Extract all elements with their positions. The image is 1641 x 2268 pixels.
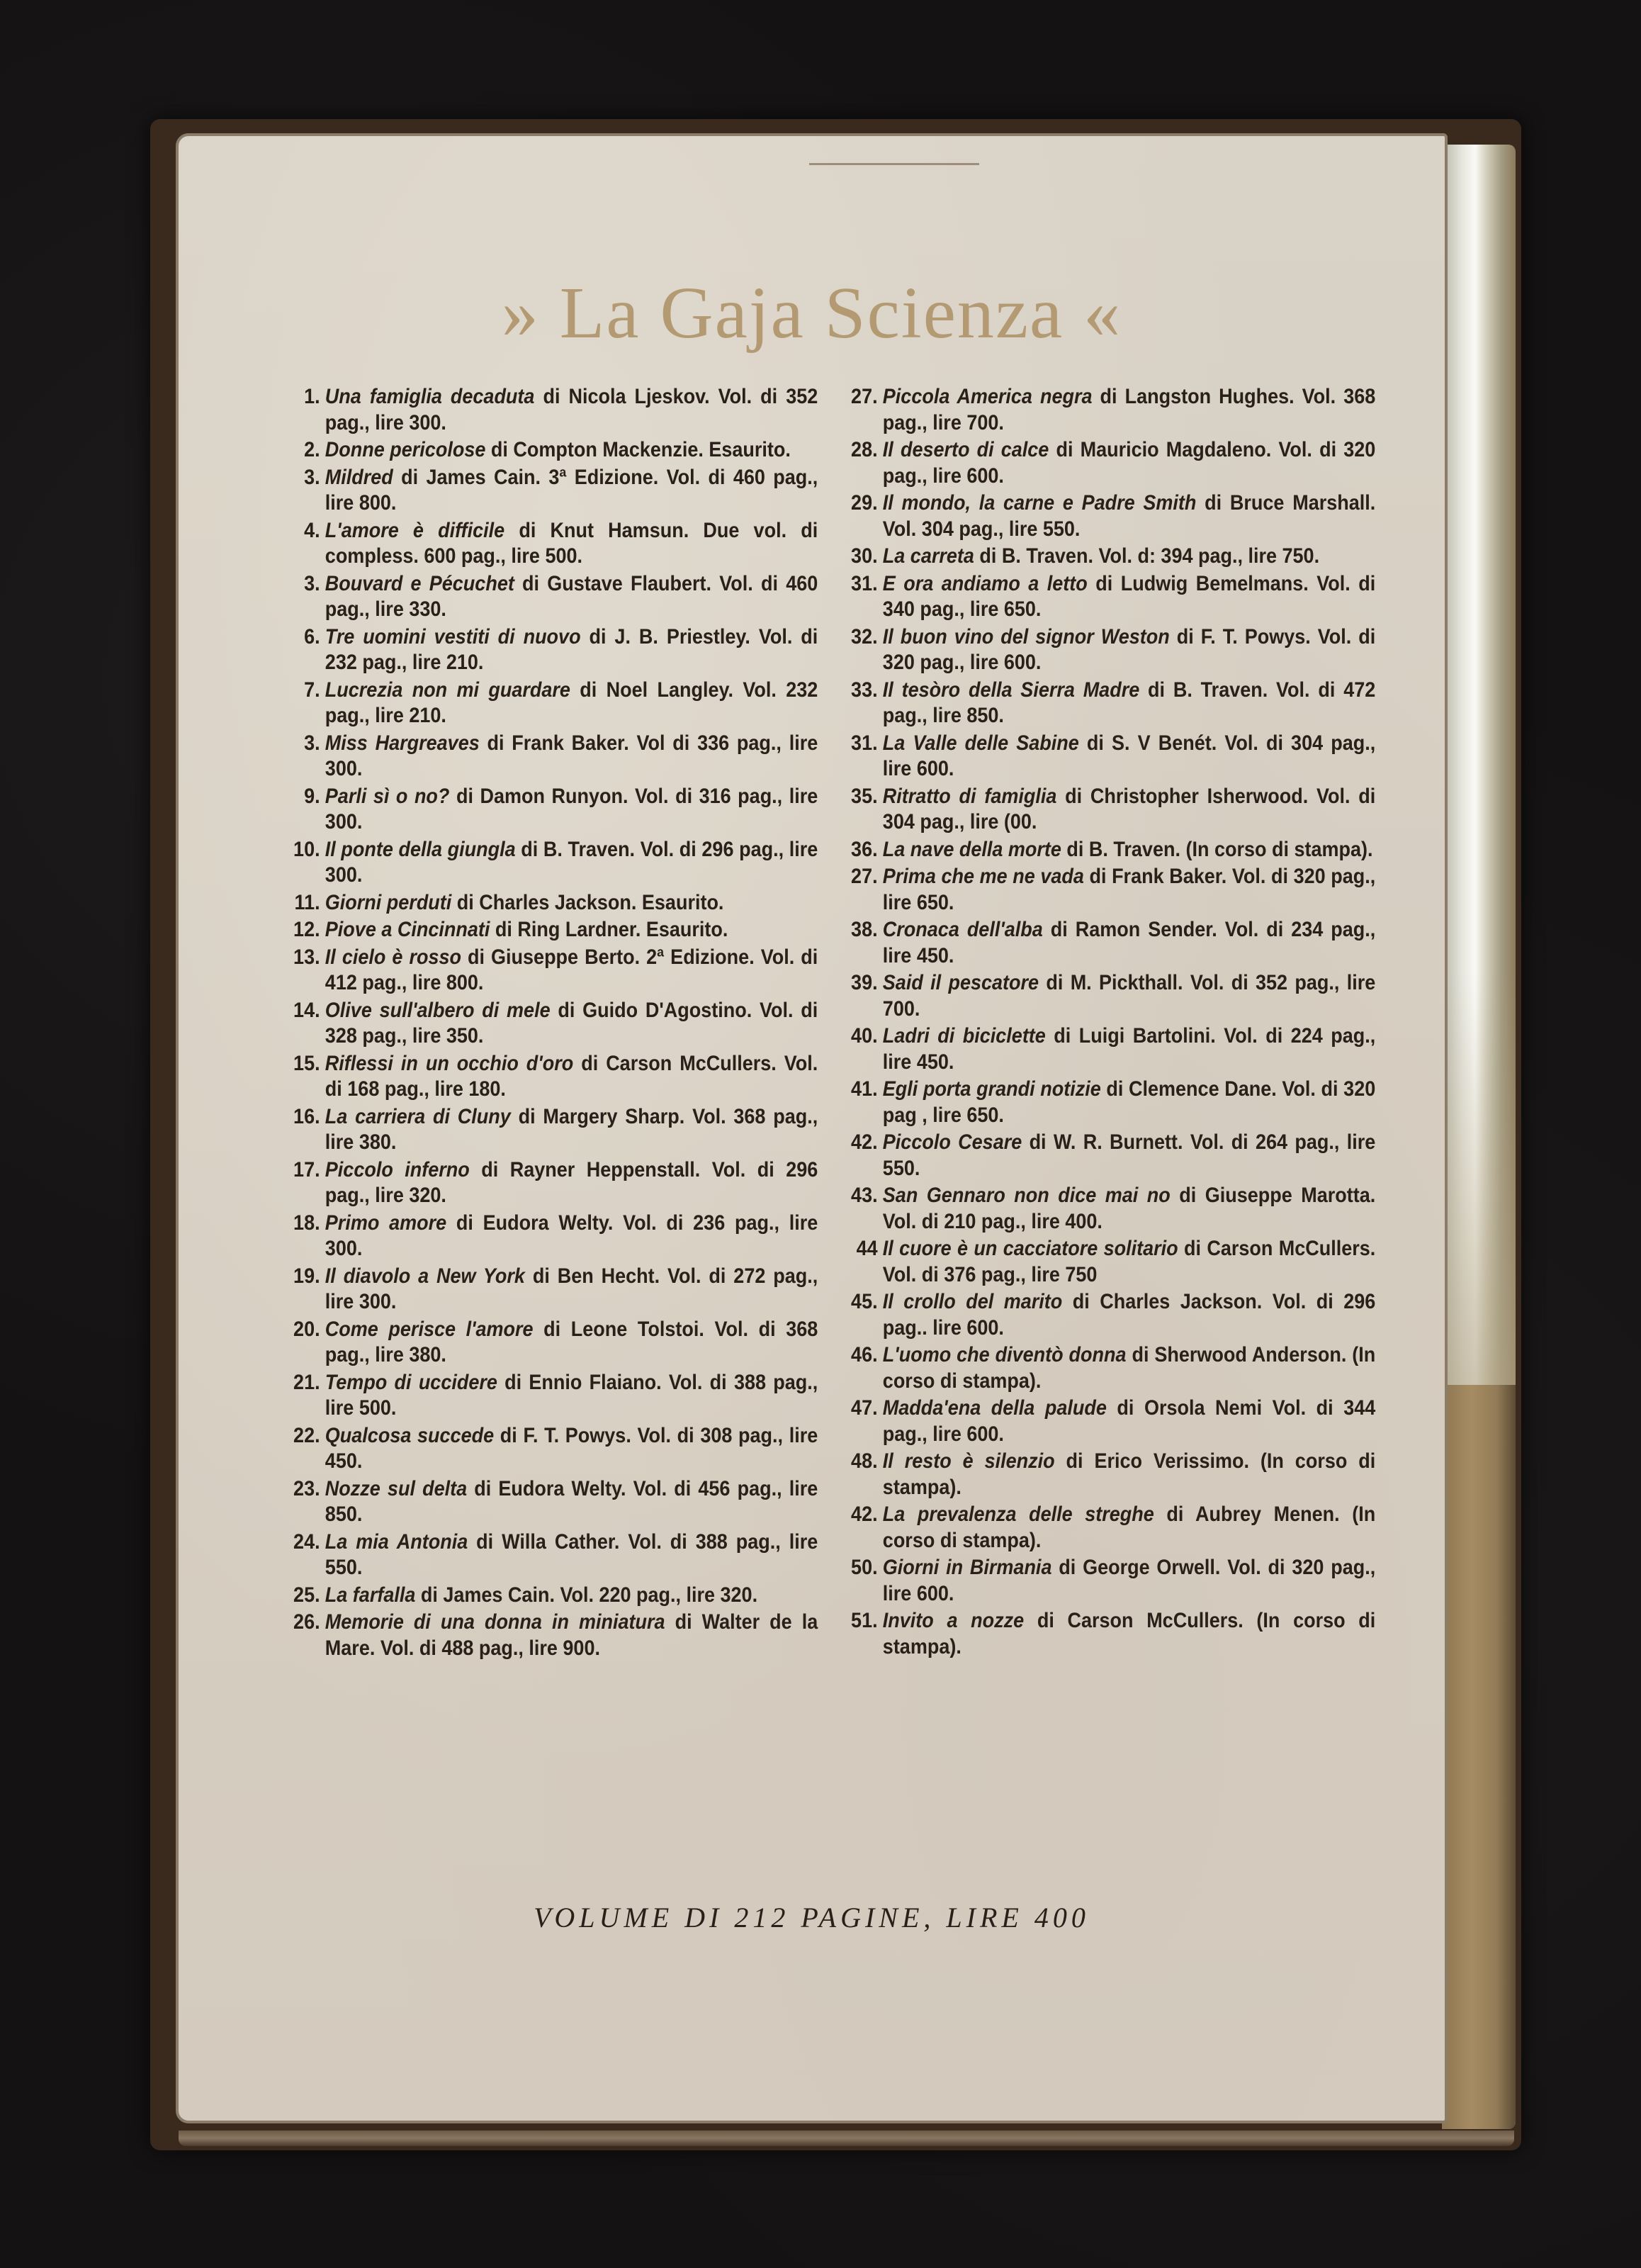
entry-text: La nave della morte di B. Traven. (In co… [883,837,1375,863]
book-details: di James Cain. Vol. 220 pag., lire 320. [415,1583,757,1607]
book-title: Il resto è silenzio [883,1449,1055,1473]
entry-number: 3. [292,465,325,517]
entry-number: 41. [850,1077,883,1128]
book-title: Nozze sul delta [325,1477,467,1500]
catalog-left-column: 1.Una famiglia decaduta di Nicola Ljesko… [292,384,818,1663]
entry-text: Il tesòro della Sierra Madre di B. Trave… [883,678,1375,729]
entry-text: Parli sì o no? di Damon Runyon. Vol. di … [325,784,818,836]
book-title: Ritratto di famiglia [883,785,1057,808]
book-title: Il deserto di calce [883,438,1049,461]
book-title: Egli porta grandi notizie [883,1077,1101,1101]
book-title: Donne pericolose [325,438,486,461]
catalog-entry: 13.Il cielo è rosso di Giuseppe Berto. 2… [292,945,818,997]
entry-number: 10. [292,837,325,889]
catalog-entry: 3.Miss Hargreaves di Frank Baker. Vol di… [292,731,818,782]
entry-number: 46. [850,1342,883,1394]
book-title: Giorni perduti [325,891,451,914]
entry-text: Come perisce l'amore di Leone Tolstoi. V… [325,1317,818,1369]
entry-number: 27. [850,384,883,436]
catalog-entry: 27.Prima che me ne vada di Frank Baker. … [850,864,1375,916]
book-details: di B. Traven. (In corso di stampa). [1061,838,1373,861]
book-details: di Ring Lardner. Esaurito. [490,918,728,941]
entry-number: 22. [292,1423,325,1475]
catalog-entry: 12.Piove a Cincinnati di Ring Lardner. E… [292,917,818,943]
entry-text: Prima che me ne vada di Frank Baker. Vol… [883,864,1375,916]
entry-number: 47. [850,1396,883,1447]
entry-number: 51. [850,1608,883,1660]
entry-text: Nozze sul delta di Eudora Welty. Vol. di… [325,1476,818,1528]
catalog-entry: 14.Olive sull'albero di mele di Guido D'… [292,998,818,1050]
entry-text: Giorni perduti di Charles Jackson. Esaur… [325,890,818,916]
book-title: Il cuore è un cacciatore solitario [883,1237,1178,1260]
book-title: Said il pescatore [883,971,1039,994]
entry-text: L'uomo che diventò donna di Sherwood And… [883,1342,1375,1394]
book-title: Piccolo Cesare [883,1130,1022,1154]
catalog-entry: 15.Riflessi in un occhio d'oro di Carson… [292,1051,818,1103]
entry-number: 33. [850,678,883,729]
catalog-entry: 22.Qualcosa succede di F. T. Powys. Vol.… [292,1423,818,1475]
entry-number: 48. [850,1449,883,1500]
book-title: La carreta [883,544,974,568]
entry-text: Memorie di una donna in miniatura di Wal… [325,1610,818,1661]
catalog-entry: 4.L'amore è difficile di Knut Hamsun. Du… [292,518,818,570]
entry-number: 27. [850,864,883,916]
catalog-entry: 7.Lucrezia non mi guardare di Noel Langl… [292,678,818,729]
book-spine-lower [1442,1385,1516,2129]
book-title: La nave della morte [883,838,1061,861]
entry-text: Il deserto di calce di Mauricio Magdalen… [883,437,1375,489]
volume-price-line: VOLUME DI 212 PAGINE, LIRE 400 [179,1901,1445,1934]
entry-number: 1. [292,384,325,436]
catalog-entry: 31.E ora andiamo a letto di Ludwig Bemel… [850,571,1375,623]
catalog-entry: 47.Madda'ena della palude di Orsola Nemi… [850,1396,1375,1447]
book-title: Il mondo, la carne e Padre Smith [883,491,1197,515]
entry-number: 35. [850,784,883,836]
entry-number: 31. [850,731,883,782]
entry-text: Il crollo del marito di Charles Jackson.… [883,1289,1375,1341]
catalog-entry: 18.Primo amore di Eudora Welty. Vol. di … [292,1211,818,1262]
book-title: Come perisce l'amore [325,1318,534,1341]
entry-number: 38. [850,917,883,969]
book-title: Il buon vino del signor Weston [883,625,1170,649]
entry-text: Riflessi in un occhio d'oro di Carson Mc… [325,1051,818,1103]
catalog-entry: 17.Piccolo inferno di Rayner Heppenstall… [292,1157,818,1209]
entry-text: Madda'ena della palude di Orsola Nemi Vo… [883,1396,1375,1447]
book-title: Invito a nozze [883,1609,1024,1632]
book-title: Il diavolo a New York [325,1264,525,1288]
entry-text: Primo amore di Eudora Welty. Vol. di 236… [325,1211,818,1262]
catalog-entry: 19.Il diavolo a New York di Ben Hecht. V… [292,1264,818,1315]
entry-number: 6. [292,624,325,676]
entry-text: Miss Hargreaves di Frank Baker. Vol di 3… [325,731,818,782]
catalog-right-column: 27.Piccola America negra di Langston Hug… [850,384,1376,1663]
book-title: Piccolo inferno [325,1158,470,1181]
entry-text: Il cielo è rosso di Giuseppe Berto. 2ª E… [325,945,818,997]
book-title: Parli sì o no? [325,785,450,808]
entry-number: 13. [292,945,325,997]
book-title: E ora andiamo a letto [883,572,1088,595]
entry-number: 14. [292,998,325,1050]
catalog-entry: 11.Giorni perduti di Charles Jackson. Es… [292,890,818,916]
book-title: Il crollo del marito [883,1290,1062,1313]
book-title: San Gennaro non dice mai no [883,1184,1171,1207]
catalog-entry: 26.Memorie di una donna in miniatura di … [292,1610,818,1661]
catalog-entry: 31.La Valle delle Sabine di S. V Benét. … [850,731,1375,782]
entry-number: 4. [292,518,325,570]
entry-number: 7. [292,678,325,729]
entry-text: La mia Antonia di Willa Cather. Vol. di … [325,1529,818,1581]
catalog-entry: 2.Donne pericolose di Compton Mackenzie.… [292,437,818,464]
entry-number: 2. [292,437,325,464]
entry-number: 50. [850,1555,883,1607]
entry-number: 24. [292,1529,325,1581]
entry-text: Cronaca dell'alba di Ramon Sender. Vol. … [883,917,1375,969]
catalog-entry: 42.Piccolo Cesare di W. R. Burnett. Vol.… [850,1130,1375,1181]
entry-text: Giorni in Birmania di George Orwell. Vol… [883,1555,1375,1607]
book-title: Piove a Cincinnati [325,918,490,941]
entry-number: 3. [292,571,325,623]
catalog-entry: 40.Ladri di biciclette di Luigi Bartolin… [850,1023,1375,1075]
entry-number: 45. [850,1289,883,1341]
entry-number: 43. [850,1183,883,1235]
entry-text: Piccolo inferno di Rayner Heppenstall. V… [325,1157,818,1209]
book-title: Il ponte della giungla [325,838,516,861]
catalog-entry: 41.Egli porta grandi notizie di Clemence… [850,1077,1375,1128]
catalog-entry: 45.Il crollo del marito di Charles Jacks… [850,1289,1375,1341]
entry-number: 25. [292,1583,325,1609]
book-details: di B. Traven. Vol. d: 394 pag., lire 750… [974,544,1319,568]
book-title: Miss Hargreaves [325,731,480,755]
catalog-entry: 43.San Gennaro non dice mai no di Giusep… [850,1183,1375,1235]
entry-text: Tempo di uccidere di Ennio Flaiano. Vol.… [325,1370,818,1422]
entry-text: Egli porta grandi notizie di Clemence Da… [883,1077,1375,1128]
entry-text: Il mondo, la carne e Padre Smith di Bruc… [883,490,1375,542]
entry-number: 36. [850,837,883,863]
entry-number: 12. [292,917,325,943]
book-title: Qualcosa succede [325,1424,494,1447]
book-title: La Valle delle Sabine [883,731,1079,755]
entry-text: Una famiglia decaduta di Nicola Ljeskov.… [325,384,818,436]
cover-notch [809,136,979,165]
book-title: Una famiglia decaduta [325,385,535,408]
entry-number: 19. [292,1264,325,1315]
catalog-entry: 39.Said il pescatore di M. Pickthall. Vo… [850,970,1375,1022]
entry-text: La prevalenza delle streghe di Aubrey Me… [883,1502,1375,1554]
book-title: Olive sull'albero di mele [325,999,551,1022]
catalog-entry: 32.Il buon vino del signor Weston di F. … [850,624,1375,676]
book-title: Piccola America negra [883,385,1093,408]
catalog-entry: 36.La nave della morte di B. Traven. (In… [850,837,1375,863]
book-title: Primo amore [325,1211,446,1235]
entry-text: Qualcosa succede di F. T. Powys. Vol. di… [325,1423,818,1475]
entry-number: 40. [850,1023,883,1075]
entry-text: Il ponte della giungla di B. Traven. Vol… [325,837,818,889]
entry-text: Bouvard e Pécuchet di Gustave Flaubert. … [325,571,818,623]
entry-number: 42. [850,1502,883,1554]
book-title: Giorni in Birmania [883,1556,1052,1579]
entry-number: 18. [292,1211,325,1262]
book-title: Prima che me ne vada [883,865,1084,888]
entry-text: Il resto è silenzio di Erico Verissimo. … [883,1449,1375,1500]
catalog-entry: 38.Cronaca dell'alba di Ramon Sender. Vo… [850,917,1375,969]
back-cover: » La Gaja Scienza « 1.Una famiglia decad… [176,133,1448,2123]
entry-text: La carreta di B. Traven. Vol. d: 394 pag… [883,544,1375,570]
entry-text: L'amore è difficile di Knut Hamsun. Due … [325,518,818,570]
entry-text: Il diavolo a New York di Ben Hecht. Vol.… [325,1264,818,1315]
entry-text: Olive sull'albero di mele di Guido D'Ago… [325,998,818,1050]
catalog-entry: 6.Tre uomini vestiti di nuovo di J. B. P… [292,624,818,676]
catalog-entry: 42.La prevalenza delle streghe di Aubrey… [850,1502,1375,1554]
book-title: Cronaca dell'alba [883,918,1043,941]
book-title: Mildred [325,466,393,489]
book-title: Madda'ena della palude [883,1396,1107,1420]
catalog-entry: 51.Invito a nozze di Carson McCullers. (… [850,1608,1375,1660]
entry-number: 26. [292,1610,325,1661]
entry-text: Donne pericolose di Compton Mackenzie. E… [325,437,818,464]
book-title: La carriera di Cluny [325,1105,511,1128]
book-title: Bouvard e Pécuchet [325,572,514,595]
entry-text: Il cuore è un cacciatore solitario di Ca… [883,1236,1375,1288]
catalog-entry: 9.Parli sì o no? di Damon Runyon. Vol. d… [292,784,818,836]
book-title: La farfalla [325,1583,416,1607]
entry-number: 30. [850,544,883,570]
book-title: Tre uomini vestiti di nuovo [325,625,581,649]
book-title: Il cielo è rosso [325,945,461,969]
entry-text: Invito a nozze di Carson McCullers. (In … [883,1608,1375,1660]
entry-number: 16. [292,1104,325,1156]
entry-text: Ladri di biciclette di Luigi Bartolini. … [883,1023,1375,1075]
catalog-entry: 48.Il resto è silenzio di Erico Verissim… [850,1449,1375,1500]
catalog-entry: 27.Piccola America negra di Langston Hug… [850,384,1375,436]
entry-number: 31. [850,571,883,623]
book-title: Memorie di una donna in miniatura [325,1610,665,1634]
entry-text: Lucrezia non mi guardare di Noel Langley… [325,678,818,729]
book-title: Riflessi in un occhio d'oro [325,1052,573,1075]
catalog-columns: 1.Una famiglia decaduta di Nicola Ljesko… [292,384,1376,1663]
entry-text: Piccola America negra di Langston Hughes… [883,384,1375,436]
catalog-entry: 3.Bouvard e Pécuchet di Gustave Flaubert… [292,571,818,623]
book-bottom-edge [179,2131,1514,2146]
entry-text: Said il pescatore di M. Pickthall. Vol. … [883,970,1375,1022]
catalog-entry: 30.La carreta di B. Traven. Vol. d: 394 … [850,544,1375,570]
book-title: Tempo di uccidere [325,1371,497,1394]
book-title: Il tesòro della Sierra Madre [883,678,1139,702]
catalog-entry: 3.Mildred di James Cain. 3ª Edizione. Vo… [292,465,818,517]
entry-number: 32. [850,624,883,676]
entry-number: 42. [850,1130,883,1181]
catalog-entry: 44Il cuore è un cacciatore solitario di … [850,1236,1375,1288]
catalog-entry: 25.La farfalla di James Cain. Vol. 220 p… [292,1583,818,1609]
book-title: Lucrezia non mi guardare [325,678,570,702]
entry-text: Piccolo Cesare di W. R. Burnett. Vol. di… [883,1130,1375,1181]
entry-text: Ritratto di famiglia di Christopher Ishe… [883,784,1375,836]
book-title: L'uomo che diventò donna [883,1343,1127,1366]
book-details: di Compton Mackenzie. Esaurito. [485,438,791,461]
book-title: La mia Antonia [325,1530,468,1554]
entry-number: 15. [292,1051,325,1103]
book-title: L'amore è difficile [325,519,504,542]
catalog-entry: 20.Come perisce l'amore di Leone Tolstoi… [292,1317,818,1369]
entry-text: San Gennaro non dice mai no di Giuseppe … [883,1183,1375,1235]
catalog-entry: 35.Ritratto di famiglia di Christopher I… [850,784,1375,836]
catalog-entry: 33.Il tesòro della Sierra Madre di B. Tr… [850,678,1375,729]
entry-number: 44 [850,1236,883,1288]
catalog-entry: 16.La carriera di Cluny di Margery Sharp… [292,1104,818,1156]
catalog-entry: 29.Il mondo, la carne e Padre Smith di B… [850,490,1375,542]
entry-number: 21. [292,1370,325,1422]
entry-number: 3. [292,731,325,782]
entry-number: 28. [850,437,883,489]
entry-number: 17. [292,1157,325,1209]
entry-text: La Valle delle Sabine di S. V Benét. Vol… [883,731,1375,782]
entry-text: Piove a Cincinnati di Ring Lardner. Esau… [325,917,818,943]
entry-number: 11. [292,890,325,916]
catalog-entry: 21.Tempo di uccidere di Ennio Flaiano. V… [292,1370,818,1422]
entry-text: E ora andiamo a letto di Ludwig Bemelman… [883,571,1375,623]
book: » La Gaja Scienza « 1.Una famiglia decad… [150,119,1521,2150]
entry-number: 29. [850,490,883,542]
book-details: di James Cain. 3ª Edizione. Vol. di 460 … [325,466,818,515]
entry-text: La farfalla di James Cain. Vol. 220 pag.… [325,1583,818,1609]
entry-number: 20. [292,1317,325,1369]
catalog-entry: 28.Il deserto di calce di Mauricio Magda… [850,437,1375,489]
entry-text: Mildred di James Cain. 3ª Edizione. Vol.… [325,465,818,517]
series-title: » La Gaja Scienza « [179,271,1445,355]
entry-number: 9. [292,784,325,836]
catalog-entry: 23.Nozze sul delta di Eudora Welty. Vol.… [292,1476,818,1528]
catalog-entry: 24.La mia Antonia di Willa Cather. Vol. … [292,1529,818,1581]
catalog-entry: 1.Una famiglia decaduta di Nicola Ljesko… [292,384,818,436]
catalog-entry: 46.L'uomo che diventò donna di Sherwood … [850,1342,1375,1394]
entry-text: La carriera di Cluny di Margery Sharp. V… [325,1104,818,1156]
book-title: La prevalenza delle streghe [883,1503,1154,1526]
entry-number: 39. [850,970,883,1022]
entry-text: Tre uomini vestiti di nuovo di J. B. Pri… [325,624,818,676]
catalog-entry: 50.Giorni in Birmania di George Orwell. … [850,1555,1375,1607]
book-details: di Charles Jackson. Esaurito. [451,891,723,914]
catalog-entry: 10.Il ponte della giungla di B. Traven. … [292,837,818,889]
book-title: Ladri di biciclette [883,1024,1046,1048]
entry-text: Il buon vino del signor Weston di F. T. … [883,624,1375,676]
entry-number: 23. [292,1476,325,1528]
